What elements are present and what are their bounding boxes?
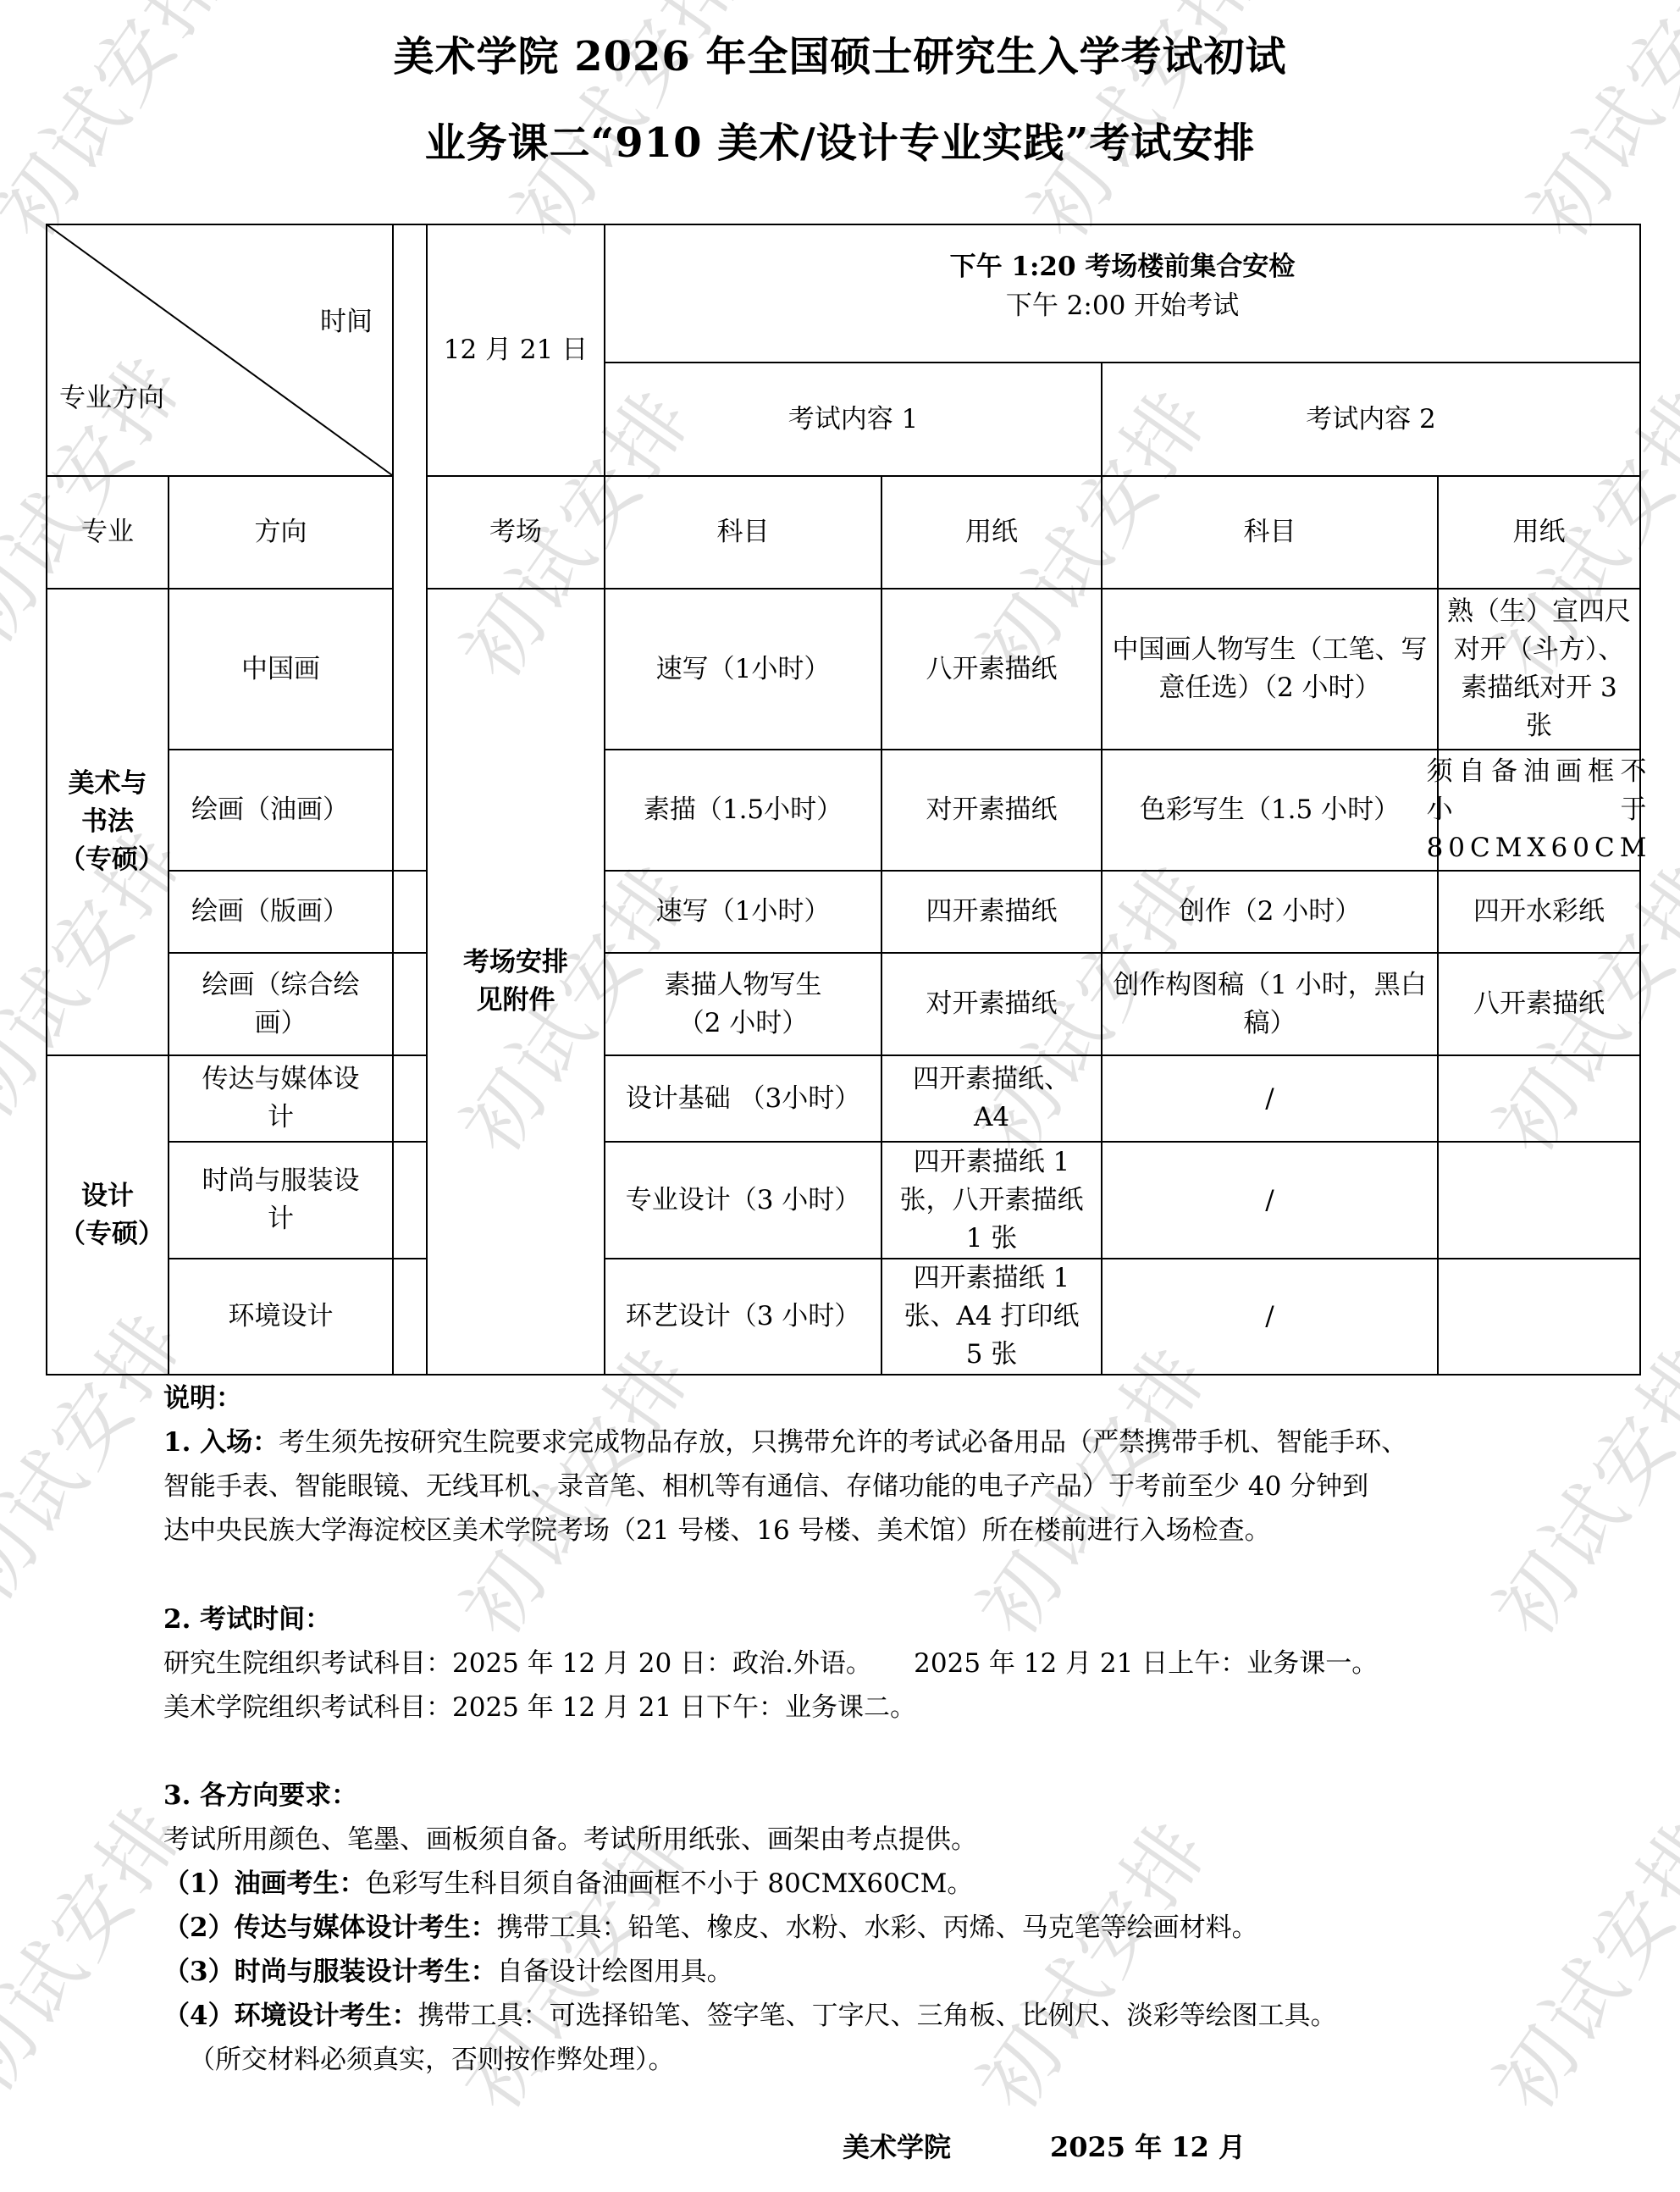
requirement-label: （1）油画考生：	[163, 1868, 366, 1899]
requirement-footnote: （所交材料必须真实，否则按作弊处理）。	[163, 2038, 1337, 2082]
subject1-cell: 速写（1小时）	[605, 590, 881, 749]
subject2-cell: /	[1102, 1143, 1437, 1258]
signature-org: 美术学院	[843, 2126, 951, 2165]
schedule-assembly-time: 下午 1:20 考场楼前集合安检	[605, 246, 1639, 288]
note-text: 达中央民族大学海淀校区美术学院考场（21 号楼、16 号楼、美术馆）所在楼前进行…	[163, 1508, 1407, 1553]
major-design: 设计（专硕）	[47, 1056, 168, 1374]
requirement-text: 携带工具：可选择铅笔、签字笔、丁字尺、三角板、比例尺、淡彩等绘图工具。	[418, 2001, 1337, 2031]
paper1-cell: 对开素描纸	[882, 750, 1101, 870]
requirement-label: （2）传达与媒体设计考生：	[163, 1912, 497, 1943]
note-text: 研究生院组织考试科目：2025 年 12 月 20 日：政治.外语。 2025 …	[163, 1641, 1378, 1686]
subject2-cell: /	[1102, 1056, 1437, 1141]
direction-mixed-media: 绘画（综合绘画）	[169, 954, 392, 1054]
note-text: 美术学院组织考试科目：2025 年 12 月 21 日下午：业务课二。	[163, 1686, 1378, 1730]
direction-visual-communication: 传达与媒体设计	[169, 1056, 392, 1141]
subject2-cell: 色彩写生（1.5 小时）	[1102, 750, 1437, 870]
subject1-cell: 环艺设计（3 小时）	[605, 1259, 881, 1374]
requirement-label: （4）环境设计考生：	[163, 2001, 418, 2031]
note-label: 2. 考试时间：	[163, 1597, 1378, 1641]
subject1-cell: 设计基础 （3小时）	[605, 1056, 881, 1141]
diagonal-divider	[46, 224, 393, 477]
notes-section: 说明： 1. 入场：考生须先按研究生院要求完成物品存放，只携带允许的考试必备用品…	[163, 1376, 1407, 1553]
requirement-label: （3）时尚与服装设计考生：	[163, 1957, 497, 1987]
col-header-subject1: 科目	[605, 477, 881, 588]
requirement-text: 色彩写生科目须自备油画框不小于 80CMX60CM。	[366, 1868, 974, 1899]
direction-fashion-design: 时尚与服装设计	[169, 1143, 392, 1258]
paper2-cell: 熟（生）宣四尺对开（斗方）、素描纸对开 3 张	[1439, 590, 1639, 749]
paper1-cell: 八开素描纸	[882, 590, 1101, 749]
col-header-venue: 考场	[428, 477, 604, 588]
notes-exam-time: 2. 考试时间： 研究生院组织考试科目：2025 年 12 月 20 日：政治.…	[163, 1597, 1378, 1730]
notes-direction-requirements: 3. 各方向要求： 考试所用颜色、笔墨、画板须自备。考试所用纸张、画架由考点提供…	[163, 1774, 1337, 2082]
col-header-subject2: 科目	[1102, 477, 1437, 588]
direction-chinese-painting: 中国画	[169, 590, 392, 749]
note-label: 3. 各方向要求：	[163, 1774, 1337, 1818]
paper2-cell	[1439, 1056, 1639, 1141]
subject1-cell: 速写（1小时）	[605, 872, 881, 952]
col-header-direction: 方向	[169, 477, 392, 588]
corner-label-time: 时间	[271, 301, 381, 343]
content1-header: 考试内容 1	[605, 363, 1101, 475]
requirement-item: （4）环境设计考生：携带工具：可选择铅笔、签字笔、丁字尺、三角板、比例尺、淡彩等…	[163, 1994, 1337, 2038]
direction-printmaking: 绘画（版画）	[169, 872, 392, 952]
paper1-cell: 四开素描纸、A4	[882, 1056, 1101, 1141]
subject2-cell: 创作构图稿（1 小时，黑白稿）	[1102, 954, 1437, 1054]
paper2-cell: 八开素描纸	[1439, 954, 1639, 1054]
paper2-cell	[1439, 1259, 1639, 1374]
paper2-cell: 须自备油画框不小于80CMX60CM	[1439, 750, 1639, 870]
note-intro: 考试所用颜色、笔墨、画板须自备。考试所用纸张、画架由考点提供。	[163, 1818, 1337, 1862]
subject1-cell: 专业设计（3 小时）	[605, 1143, 881, 1258]
col-header-paper1: 用纸	[882, 477, 1101, 588]
venue-note: 考场安排见附件	[428, 590, 604, 1374]
signature-date: 2025 年 12 月	[1050, 2126, 1246, 2165]
paper1-cell: 四开素描纸 1 张，八开素描纸 1 张	[882, 1143, 1101, 1258]
subject2-cell: 创作（2 小时）	[1102, 872, 1437, 952]
note-label: 1. 入场：	[163, 1427, 279, 1458]
major-fine-arts: 美术与书法（专硕）	[47, 590, 168, 1054]
paper1-cell: 四开素描纸	[882, 872, 1101, 952]
requirement-text: 自备设计绘图用具。	[497, 1957, 733, 1987]
note-text: 智能手表、智能眼镜、无线耳机、录音笔、相机等有通信、存储功能的电子产品）于考前至…	[163, 1464, 1407, 1508]
paper2-cell	[1439, 1143, 1639, 1258]
corner-label-major-direction: 专业方向	[51, 377, 203, 419]
note-text: 考生须先按研究生院要求完成物品存放，只携带允许的考试必备用品（严禁携带手机、智能…	[279, 1427, 1407, 1458]
direction-oil-painting: 绘画（油画）	[169, 750, 392, 870]
schedule-start-time: 下午 2:00 开始考试	[605, 285, 1639, 327]
paper2-cell: 四开水彩纸	[1439, 872, 1639, 952]
col-header-paper2: 用纸	[1439, 477, 1639, 588]
table-border-bottom	[46, 1374, 1641, 1376]
paper1-cell: 对开素描纸	[882, 954, 1101, 1054]
subject2-cell: /	[1102, 1259, 1437, 1374]
requirement-item: （3）时尚与服装设计考生：自备设计绘图用具。	[163, 1950, 1337, 1994]
subject1-cell: 素描人物写生（2 小时）	[605, 954, 881, 1054]
subject2-cell: 中国画人物写生（工笔、写意任选）（2 小时）	[1102, 590, 1437, 749]
paper1-cell: 四开素描纸 1 张、A4 打印纸 5 张	[882, 1259, 1101, 1374]
requirement-item: （1）油画考生：色彩写生科目须自备油画框不小于 80CMX60CM。	[163, 1862, 1337, 1906]
note-entry: 1. 入场：考生须先按研究生院要求完成物品存放，只携带允许的考试必备用品（严禁携…	[163, 1420, 1407, 1464]
direction-environmental-design: 环境设计	[169, 1259, 392, 1374]
subject1-cell: 素描（1.5小时）	[605, 750, 881, 870]
requirement-item: （2）传达与媒体设计考生：携带工具：铅笔、橡皮、水粉、水彩、丙烯、马克笔等绘画材…	[163, 1906, 1337, 1950]
col-header-major: 专业	[47, 477, 168, 588]
notes-heading: 说明：	[163, 1376, 1407, 1420]
content2-header: 考试内容 2	[1102, 363, 1639, 475]
exam-date: 12 月 21 日	[428, 225, 604, 475]
requirement-text: 携带工具：铅笔、橡皮、水粉、水彩、丙烯、马克笔等绘画材料。	[497, 1912, 1258, 1943]
